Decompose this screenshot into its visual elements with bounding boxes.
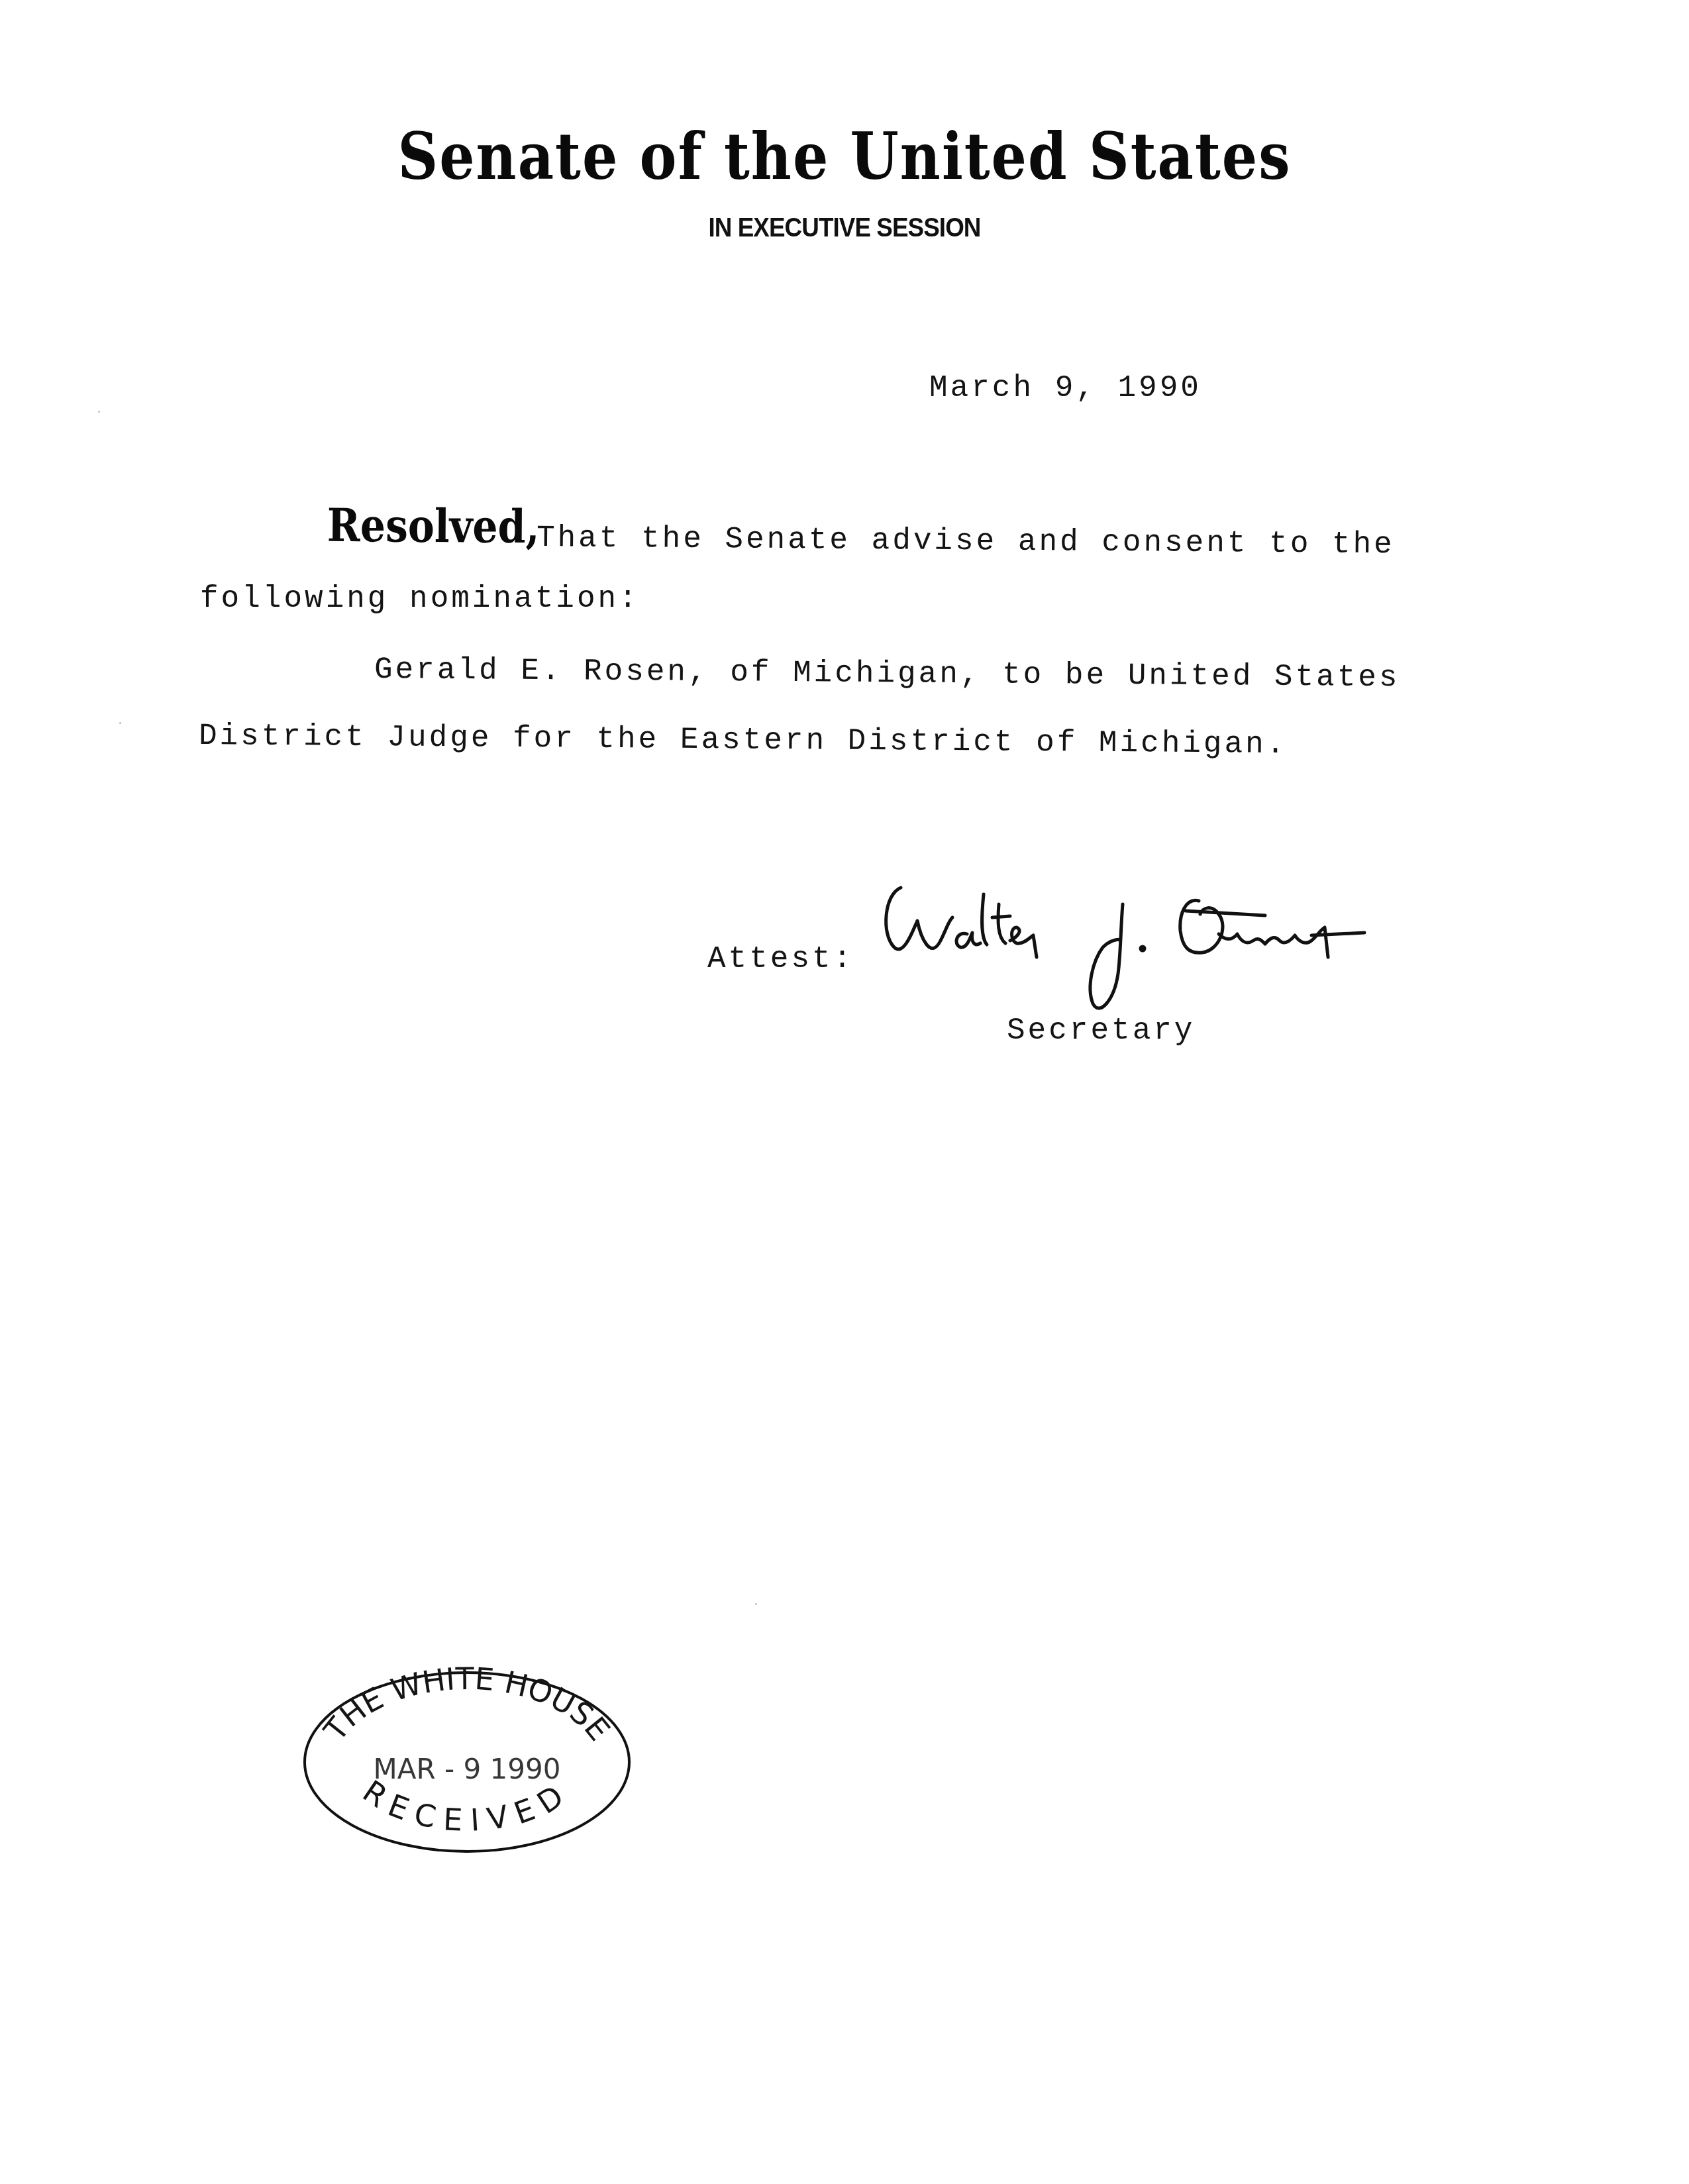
scan-speck — [755, 1603, 757, 1605]
document-page: Senate of the United States IN EXECUTIVE… — [0, 0, 1689, 2184]
stamp-date: MAR - 9 1990 — [374, 1753, 561, 1785]
attest-label: Attest: — [707, 942, 854, 976]
nomination-line-2: District Judge for the Eastern District … — [199, 719, 1288, 762]
signature-image — [874, 874, 1470, 1027]
resolved-heading: Resolved, — [327, 503, 540, 550]
secretary-title: Secretary — [1007, 1014, 1195, 1048]
document-date: March 9, 1990 — [929, 371, 1202, 405]
resolution-line-1: That the Senate advise and consent to th… — [537, 521, 1395, 562]
stamp-top-text: THE WHITE HOUSE — [317, 1661, 617, 1748]
white-house-received-stamp: THE WHITE HOUSE MAR - 9 1990 RECEIVED — [291, 1656, 642, 1868]
document-title: Senate of the United States — [0, 125, 1689, 189]
scan-speck — [119, 722, 121, 724]
session-subtitle: IN EXECUTIVE SESSION — [68, 213, 1621, 243]
scan-speck — [98, 411, 100, 413]
resolution-line-2: following nomination: — [200, 582, 640, 616]
svg-text:THE WHITE HOUSE: THE WHITE HOUSE — [317, 1661, 617, 1748]
nomination-line-1: Gerald E. Rosen, of Michigan, to be Unit… — [374, 652, 1400, 695]
